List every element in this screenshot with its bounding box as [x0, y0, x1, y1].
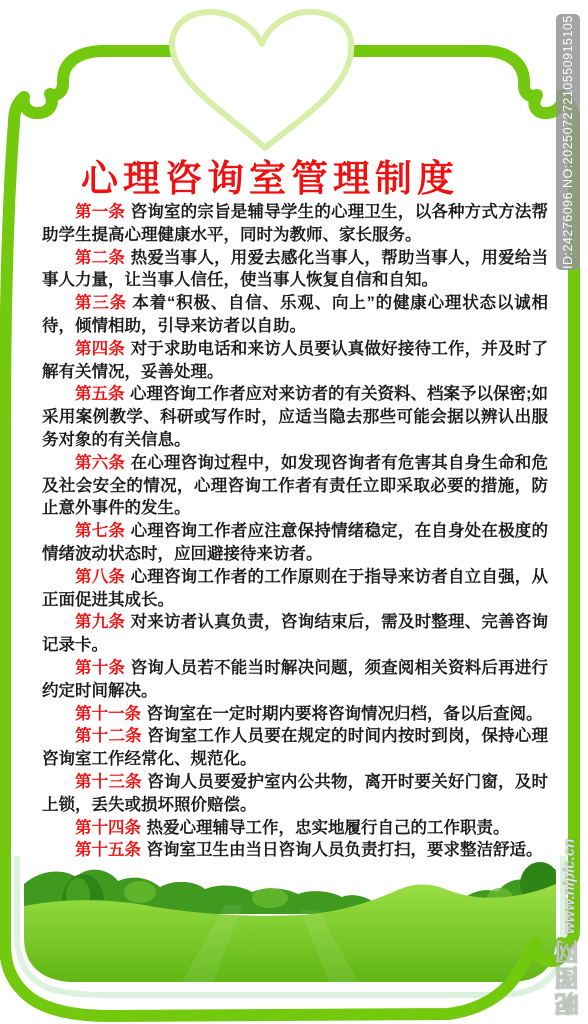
- tree-highlight: [124, 881, 156, 903]
- article-number: 第十二条: [75, 727, 142, 745]
- article-item: 第四条对于求助电话和来访人员要认真做好接待工作，并及时了解有关情况，妥善处理。: [42, 338, 548, 384]
- site-watermark: 昵图网 www.nipic.cn: [552, 806, 587, 1016]
- article-number: 第三条: [75, 294, 127, 312]
- article-number: 第八条: [75, 568, 125, 586]
- article-item: 第十四条热爱心理辅导工作，忠实地履行自己的工作职责。: [42, 817, 548, 840]
- article-number: 第四条: [75, 340, 125, 358]
- article-item: 第九条对来访者认真负责，咨询结束后，需及时整理、完善咨询记录卡。: [42, 611, 548, 657]
- article-number: 第十三条: [75, 773, 142, 791]
- article-item: 第三条本着“积极、自信、乐观、向上”的健康心理状态以诚相待，倾情相助，引导来访者…: [42, 292, 548, 338]
- counseling-room-rules-poster: 心理咨询室管理制度 第一条咨询室的宗旨是辅导学生的心理卫生，以各种方式方法帮助学…: [0, 0, 588, 1024]
- article-text: 咨询室卫生由当日咨询人员负责打扫，要求整洁舒适。: [146, 841, 542, 859]
- article-item: 第十五条咨询室卫生由当日咨询人员负责打扫，要求整洁舒适。: [42, 839, 548, 862]
- article-item: 第十二条咨询室工作人员要在规定的时间内按时到岗，保持心理咨询室工作经常化、规范化…: [42, 725, 548, 771]
- article-item: 第十一条咨询室在一定时期内要将咨询情况归档，备以后查阅。: [42, 703, 548, 726]
- article-number: 第十四条: [75, 819, 141, 837]
- site-watermark-name: 昵图网: [552, 938, 587, 1016]
- grass-landscape: [24, 848, 560, 990]
- article-number: 第十一条: [75, 705, 141, 723]
- article-text: 热爱心理辅导工作，忠实地履行自己的工作职责。: [146, 819, 509, 837]
- article-item: 第十条咨询人员若不能当时解决问题，须查阅相关资料后再进行约定时间解决。: [42, 657, 548, 703]
- id-watermark: ID:24276096 NO:20250727210550915105: [556, 14, 580, 270]
- article-number: 第二条: [75, 249, 125, 267]
- article-number: 第七条: [75, 522, 125, 540]
- article-item: 第八条心理咨询工作者的工作原则在于指导来访者自立自强，从正面促进其成长。: [42, 566, 548, 612]
- article-item: 第五条心理咨询工作者应对来访者的有关资料、档案予以保密;如采用案例教学、科研或写…: [42, 383, 548, 451]
- article-item: 第六条在心理咨询过程中，如发现咨询者有危害其自身生命和危及社会安全的情况，心理咨…: [42, 452, 548, 520]
- article-number: 第一条: [75, 203, 125, 221]
- article-number: 第十条: [75, 659, 125, 677]
- article-item: 第十三条咨询人员要爱护室内公共物，离开时要关好门窗，及时上锁，丢失或损坏照价赔偿…: [42, 771, 548, 817]
- rules-list: 第一条咨询室的宗旨是辅导学生的心理卫生，以各种方式方法帮助学生提高心理健康水平，…: [42, 201, 548, 862]
- article-number: 第九条: [75, 613, 125, 631]
- heart-icon: [172, 12, 351, 148]
- article-number: 第十五条: [75, 841, 141, 859]
- tree-highlight: [252, 888, 288, 908]
- page-title: 心理咨询室管理制度: [20, 148, 520, 202]
- article-item: 第一条咨询室的宗旨是辅导学生的心理卫生，以各种方式方法帮助学生提高心理健康水平，…: [42, 201, 548, 247]
- article-number: 第六条: [75, 454, 125, 472]
- article-item: 第二条热爱当事人，用爱去感化当事人，帮助当事人，用爱给当事人力量，让当事人信任，…: [42, 247, 548, 293]
- article-item: 第七条心理咨询工作者应注意保持情绪稳定，在自身处在极度的情绪波动状态时，应回避接…: [42, 520, 548, 566]
- site-watermark-url: www.nipic.cn: [561, 839, 578, 934]
- article-number: 第五条: [75, 385, 125, 403]
- article-text: 咨询室在一定时期内要将咨询情况归档，备以后查阅。: [146, 705, 542, 723]
